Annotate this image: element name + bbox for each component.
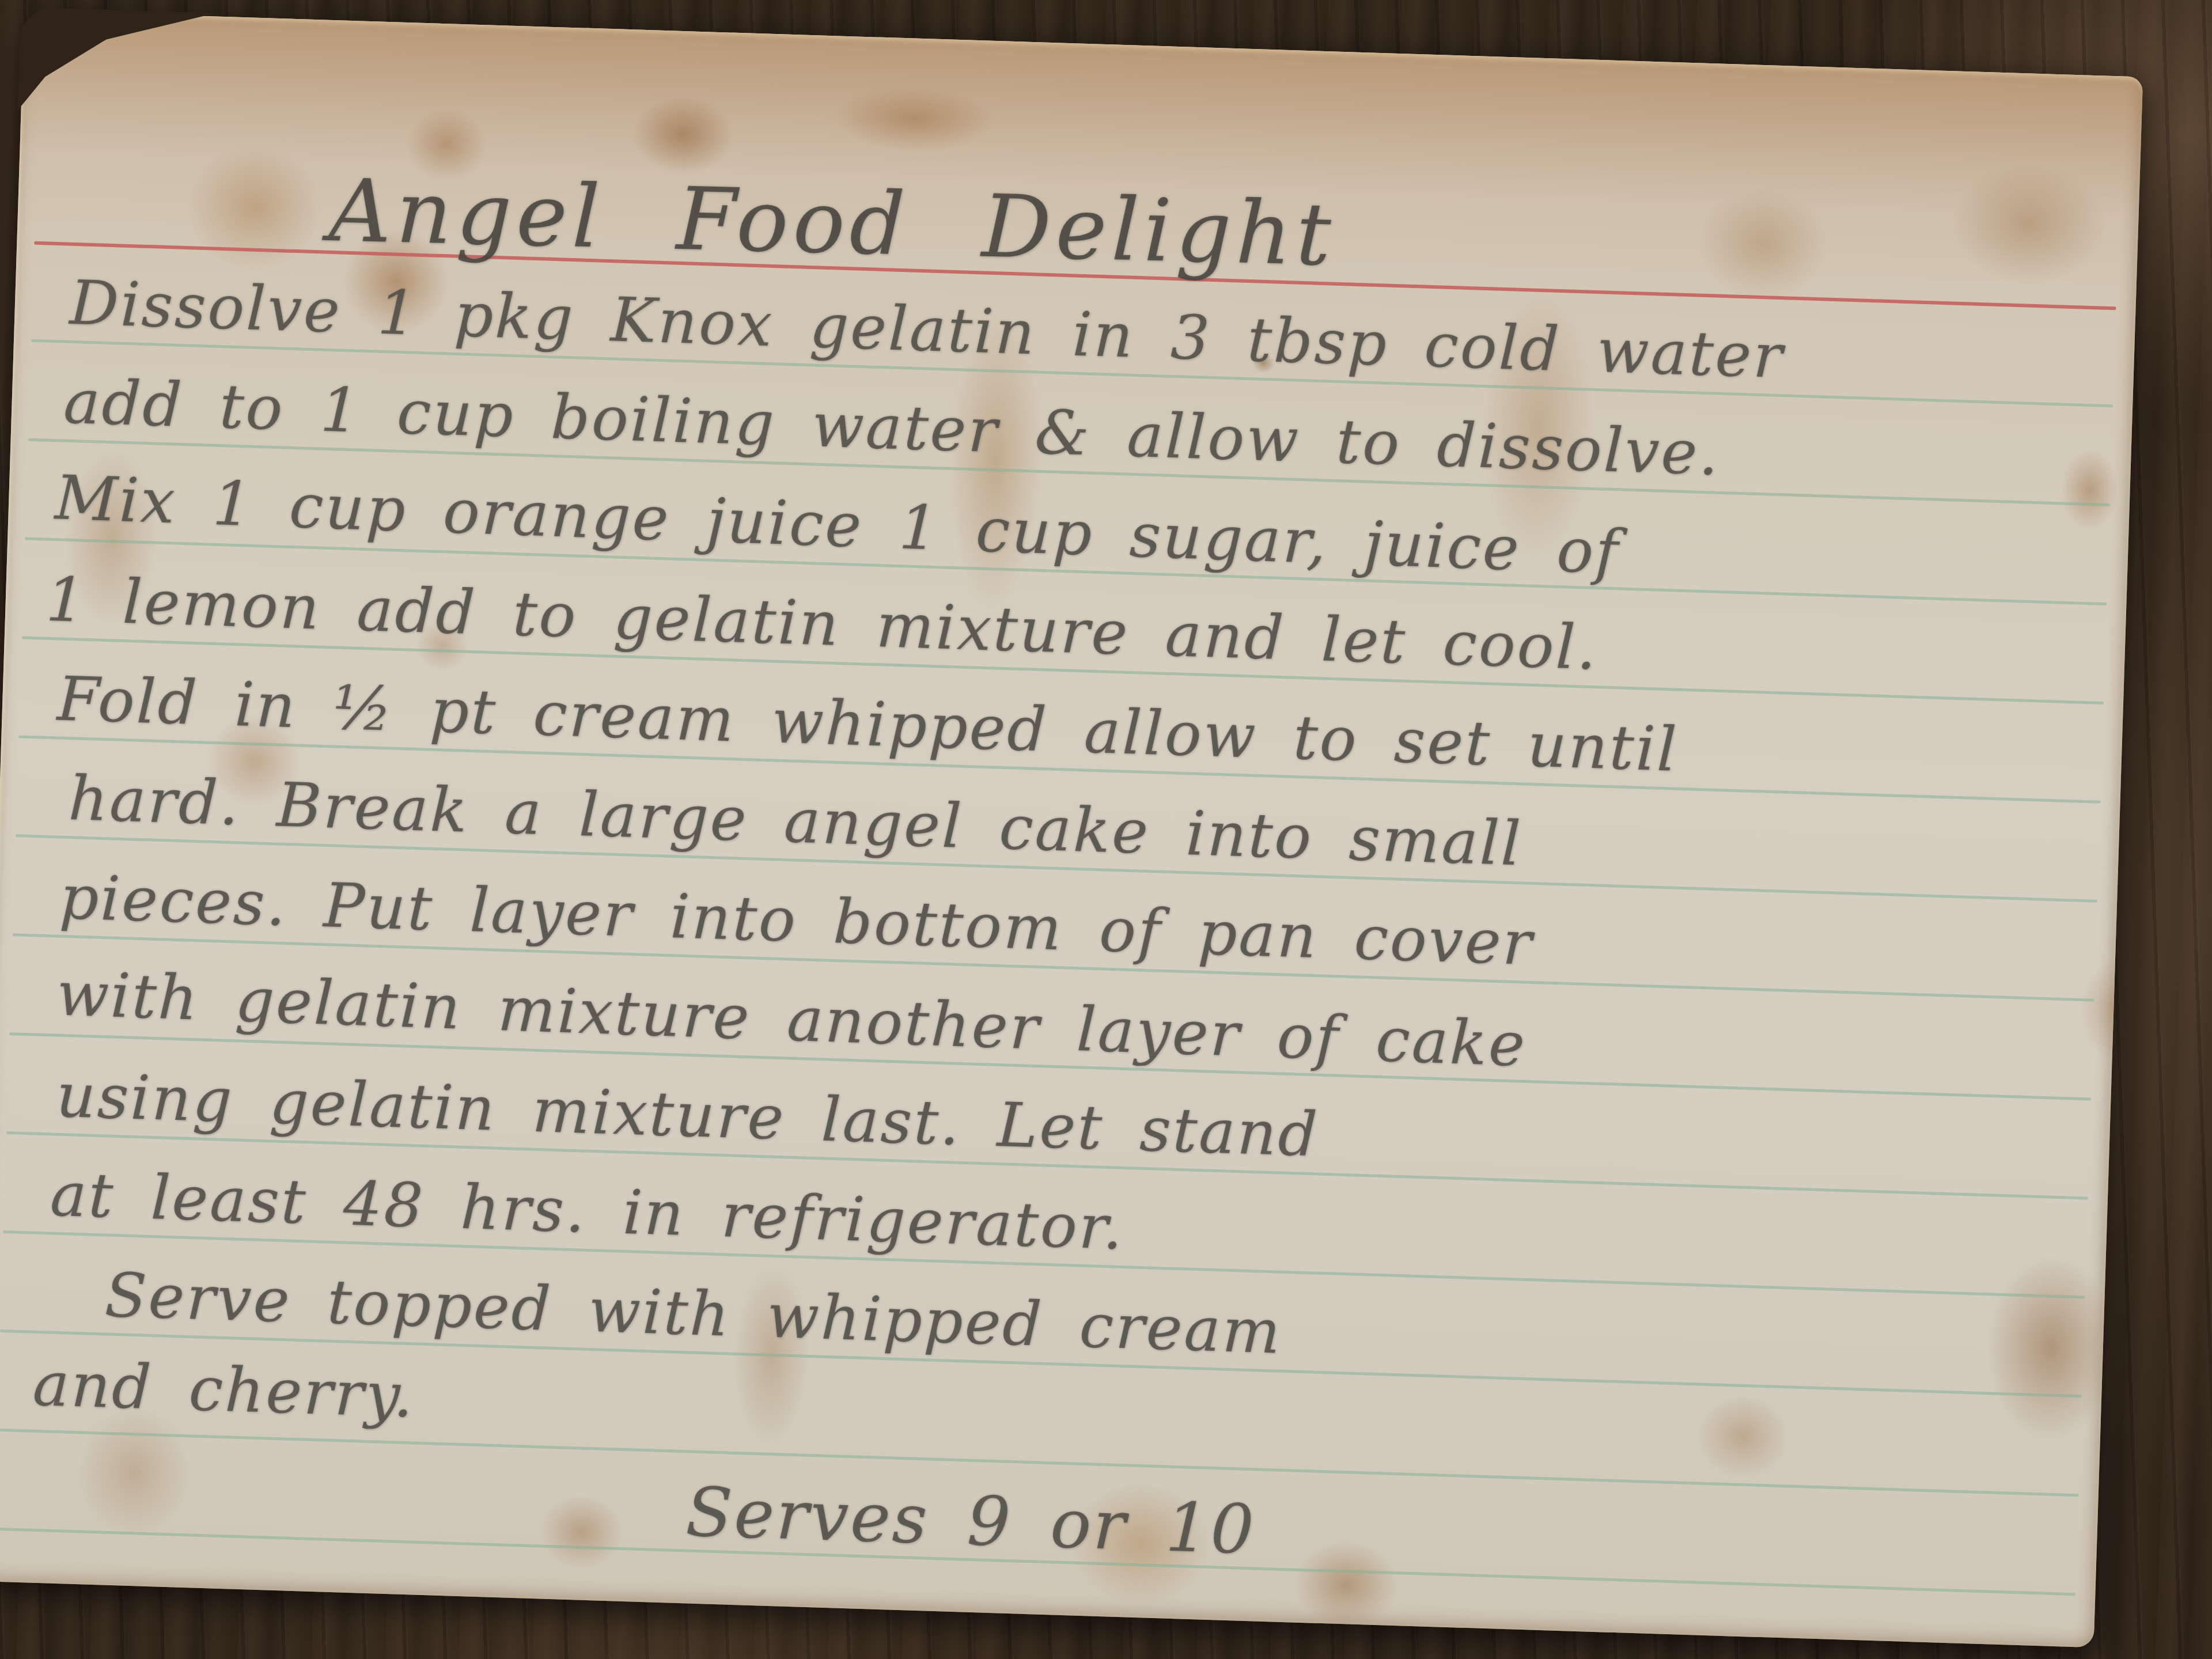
photo-of-recipe-card: Angel Food Delight Dissolve 1 pkg Knox g…	[0, 0, 2212, 1659]
recipe-title: Angel Food Delight	[328, 168, 1337, 279]
recipe-index-card: Angel Food Delight Dissolve 1 pkg Knox g…	[0, 10, 2143, 1647]
recipe-text-line: and cherry.	[32, 1354, 415, 1427]
recipe-servings-line: Serves 9 or 10	[685, 1478, 1257, 1563]
